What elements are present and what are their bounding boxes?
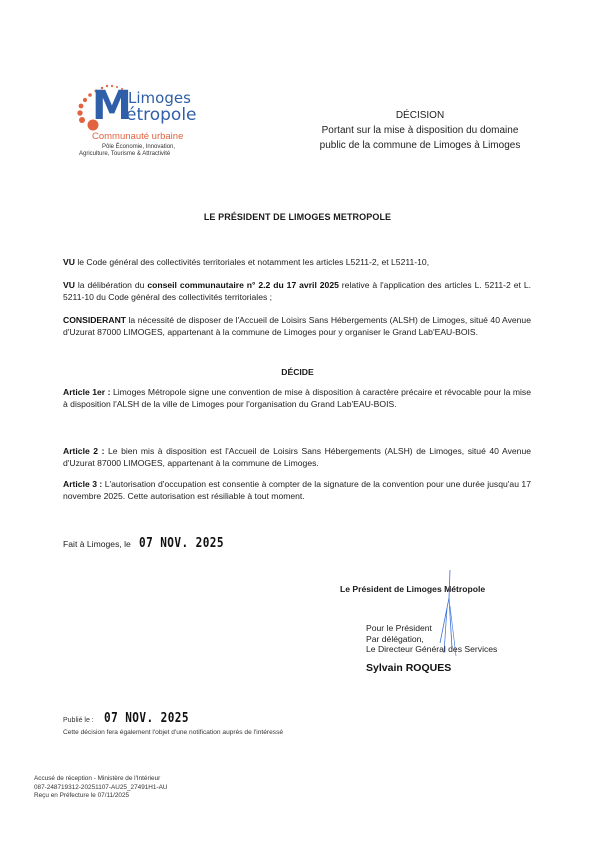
fait-label: Fait à Limoges, le xyxy=(63,539,131,549)
notification-note: Cette décision fera également l'objet d'… xyxy=(63,729,283,736)
consideration-vu-code: VU le Code général des collectivités ter… xyxy=(63,256,531,268)
consideration-text: le Code général des collectivités territ… xyxy=(75,257,429,267)
signature-line2: Par délégation, xyxy=(366,634,497,645)
decide-heading: DÉCIDE xyxy=(0,367,595,377)
logo-subtitle: Communauté urbaine xyxy=(92,131,183,142)
accuse-line3: Reçu en Préfecture le 07/11/2025 xyxy=(34,792,167,801)
logo-name-line1: Limoges xyxy=(128,90,191,106)
decision-header: DÉCISION Portant sur la mise à dispositi… xyxy=(285,108,555,153)
decision-subject-line1: Portant sur la mise à disposition du dom… xyxy=(285,123,555,138)
accuse-line1: Accusé de réception - Ministère de l'Int… xyxy=(34,775,167,784)
logo-pole-line1: Pôle Économie, Innovation, xyxy=(102,144,175,151)
signature-block: Pour le Président Par délégation, Le Dir… xyxy=(366,623,497,655)
article-text: L'autorisation d'occupation est consenti… xyxy=(63,479,531,501)
signature-line1: Pour le Président xyxy=(366,623,497,634)
publication-date-stamp: 07 NOV. 2025 xyxy=(104,711,189,726)
accuse-line2: 087-248719312-20251107-AU25_27491H1-AU xyxy=(34,784,167,793)
accuse-reception: Accusé de réception - Ministère de l'Int… xyxy=(34,775,167,801)
decision-subject-line2: public de la commune de Limoges à Limoge… xyxy=(285,138,555,153)
consideration-text: la délibération du xyxy=(75,280,147,290)
president-title: LE PRÉSIDENT DE LIMOGES METROPOLE xyxy=(0,212,595,222)
signature-line3: Le Directeur Général des Services xyxy=(366,644,497,655)
article-3: Article 3 : L'autorisation d'occupation … xyxy=(63,478,531,502)
consideration-lead: CONSIDERANT xyxy=(63,315,126,325)
article-1: Article 1er : Limoges Métropole signe un… xyxy=(63,386,531,410)
consideration-lead: VU xyxy=(63,280,75,290)
publication-label: Publié le : xyxy=(63,717,94,724)
date-stamp: 07 NOV. 2025 xyxy=(139,536,224,551)
article-text: Limoges Métropole signe une convention d… xyxy=(63,387,531,409)
consideration-vu-deliberation: VU la délibération du conseil communauta… xyxy=(63,279,531,303)
article-label: Article 1er : xyxy=(63,387,110,397)
article-text: Le bien mis à disposition est l'Accueil … xyxy=(63,446,531,468)
consideration-lead: VU xyxy=(63,257,75,267)
logo-pole-line2: Agriculture, Tourisme & Attractivité xyxy=(79,151,170,158)
consideration-considerant: CONSIDERANT la nécessité de disposer de … xyxy=(63,314,531,338)
article-label: Article 2 : xyxy=(63,446,104,456)
decision-title: DÉCISION xyxy=(285,108,555,123)
publication-line: Publié le : 07 NOV. 2025 xyxy=(63,711,204,726)
logo-name-line2: étropole xyxy=(126,106,197,124)
deliberation-reference: conseil communautaire n° 2.2 du 17 avril… xyxy=(147,280,339,290)
fait-a-line: Fait à Limoges, le 07 NOV. 2025 xyxy=(63,536,239,551)
article-label: Article 3 : xyxy=(63,479,102,489)
limoges-metropole-logo: M Limoges étropole Communauté urbaine Pô… xyxy=(72,80,212,170)
signatory-name: Sylvain ROQUES xyxy=(366,662,451,674)
consideration-text: la nécessité de disposer de l'Accueil de… xyxy=(63,315,531,337)
article-2: Article 2 : Le bien mis à disposition es… xyxy=(63,445,531,469)
